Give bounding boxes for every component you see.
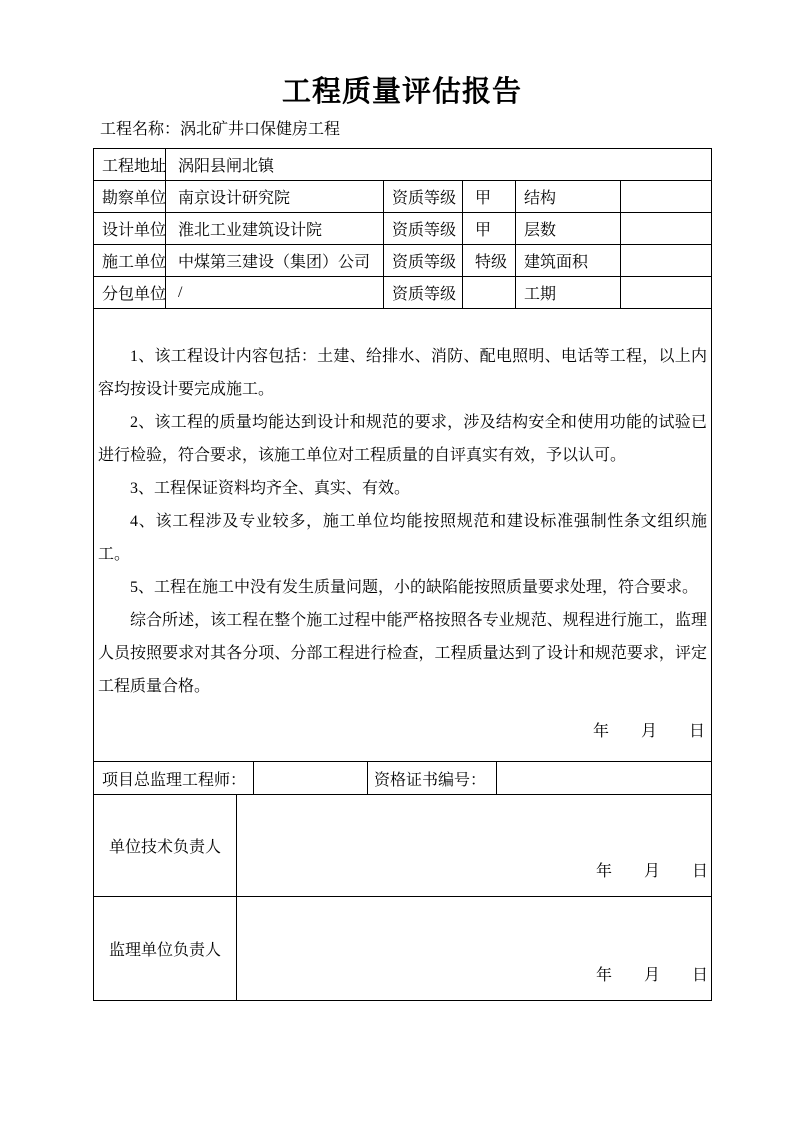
supervisor-label: 监理单位负责人 <box>94 897 237 1001</box>
assessment-paragraph-3: 3、工程保证资料均齐全、真实、有效。 <box>98 472 707 505</box>
duration-label: 工期 <box>516 277 621 309</box>
building-area-label: 建筑面积 <box>516 245 621 277</box>
subcontract-grade-label: 资质等级 <box>384 277 463 309</box>
assessment-paragraph-2: 2、该工程的质量均能达到设计和规范的要求，涉及结构安全和使用功能的试验已进行检验… <box>98 406 707 472</box>
construction-grade-label: 资质等级 <box>384 245 463 277</box>
survey-grade-value: 甲 <box>463 181 516 213</box>
certificate-number-label: 资格证书编号： <box>368 762 497 795</box>
duration-value <box>621 277 712 309</box>
document-page: 工程质量评估报告 工程名称：涡北矿井口保健房工程 工程地址 涡阳县闸北镇 勘察单… <box>0 0 793 1122</box>
floors-value <box>621 213 712 245</box>
subcontract-grade-value <box>463 277 516 309</box>
table-row-chief-engineer: 项目总监理工程师： 资格证书编号： <box>94 762 712 795</box>
project-name-label: 工程名称： <box>100 121 180 138</box>
table-row-survey-unit: 勘察单位 南京设计研究院 资质等级 甲 结构 <box>94 181 712 213</box>
building-area-value <box>621 245 712 277</box>
project-name-value: 涡北矿井口保健房工程 <box>180 121 340 138</box>
subcontract-unit-label: 分包单位 <box>94 277 166 309</box>
construction-unit-value: 中煤第三建设（集团）公司 <box>166 245 384 277</box>
table-row-supervisor: 监理单位负责人 年 月 日 <box>94 897 712 1001</box>
subcontract-unit-value: / <box>166 277 384 309</box>
address-value: 涡阳县闸北镇 <box>166 149 712 181</box>
assessment-date-line: 年 月 日 <box>98 715 707 748</box>
design-unit-label: 设计单位 <box>94 213 166 245</box>
table-row-construction-unit: 施工单位 中煤第三建设（集团）公司 资质等级 特级 建筑面积 <box>94 245 712 277</box>
chief-engineer-signature-cell <box>254 762 368 795</box>
assessment-cell: 1、该工程设计内容包括：土建、给排水、消防、配电照明、电话等工程，以上内容均按设… <box>94 309 712 762</box>
table-row-assessment: 1、该工程设计内容包括：土建、给排水、消防、配电照明、电话等工程，以上内容均按设… <box>94 309 712 762</box>
supervisor-signature-cell: 年 月 日 <box>237 897 712 1001</box>
signature-table: 单位技术负责人 年 月 日 监理单位负责人 年 月 日 <box>93 794 712 1001</box>
design-unit-value: 淮北工业建筑设计院 <box>166 213 384 245</box>
tech-lead-date-line: 年 月 日 <box>237 855 708 888</box>
assessment-paragraph-5: 5、工程在施工中没有发生质量问题，小的缺陷能按照质量要求处理，符合要求。 <box>98 571 707 604</box>
tech-lead-label: 单位技术负责人 <box>94 795 237 897</box>
structure-label: 结构 <box>516 181 621 213</box>
assessment-paragraph-4: 4、该工程涉及专业较多，施工单位均能按照规范和建设标准强制性条文组织施工。 <box>98 505 707 571</box>
survey-unit-value: 南京设计研究院 <box>166 181 384 213</box>
table-row-address: 工程地址 涡阳县闸北镇 <box>94 149 712 181</box>
page-title: 工程质量评估报告 <box>93 0 711 108</box>
table-row-design-unit: 设计单位 淮北工业建筑设计院 资质等级 甲 层数 <box>94 213 712 245</box>
certificate-number-value <box>497 762 712 795</box>
construction-grade-value: 特级 <box>463 245 516 277</box>
document-content-column: 工程质量评估报告 工程名称：涡北矿井口保健房工程 工程地址 涡阳县闸北镇 勘察单… <box>93 0 711 1001</box>
survey-unit-label: 勘察单位 <box>94 181 166 213</box>
design-grade-label: 资质等级 <box>384 213 463 245</box>
table-row-subcontract-unit: 分包单位 / 资质等级 工期 <box>94 277 712 309</box>
chief-engineer-table: 项目总监理工程师： 资格证书编号： <box>93 761 712 795</box>
floors-label: 层数 <box>516 213 621 245</box>
design-grade-value: 甲 <box>463 213 516 245</box>
structure-value <box>621 181 712 213</box>
assessment-paragraph-1: 1、该工程设计内容包括：土建、给排水、消防、配电照明、电话等工程，以上内容均按设… <box>98 340 707 406</box>
tech-lead-signature-cell: 年 月 日 <box>237 795 712 897</box>
construction-unit-label: 施工单位 <box>94 245 166 277</box>
table-row-tech-lead: 单位技术负责人 年 月 日 <box>94 795 712 897</box>
supervisor-date-line: 年 月 日 <box>237 959 708 992</box>
assessment-conclusion: 综合所述，该工程在整个施工过程中能严格按照各专业规范、规程进行施工，监理人员按照… <box>98 604 707 703</box>
address-label: 工程地址 <box>94 149 166 181</box>
survey-grade-label: 资质等级 <box>384 181 463 213</box>
chief-engineer-label: 项目总监理工程师： <box>94 762 254 795</box>
project-info-table: 工程地址 涡阳县闸北镇 勘察单位 南京设计研究院 资质等级 甲 结构 设计单位 … <box>93 148 712 762</box>
project-name-line: 工程名称：涡北矿井口保健房工程 <box>93 121 711 139</box>
